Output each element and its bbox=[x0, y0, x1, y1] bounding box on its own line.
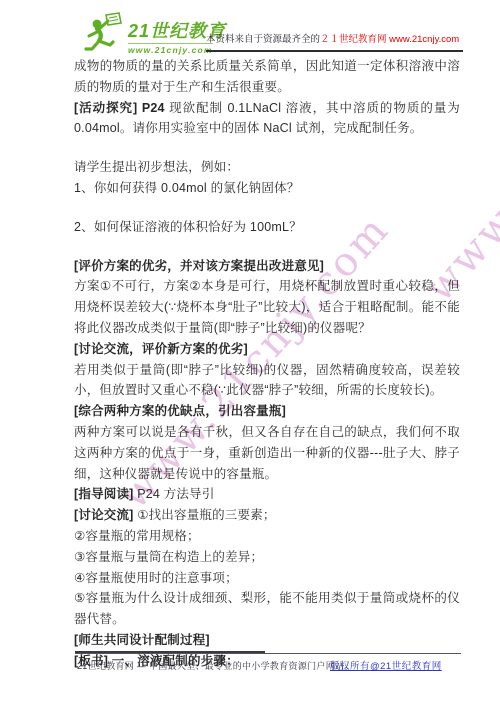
paragraph-text: ②容量瓶的常用规格； bbox=[74, 529, 200, 543]
section-heading: [综合两种方案的优缺点，引出容量瓶] bbox=[74, 401, 460, 422]
footer-copyright-link[interactable]: 版权所有@21世纪教育网 bbox=[330, 658, 442, 672]
section-heading: [指导阅读] P24 方法导引 bbox=[74, 484, 460, 505]
footer-site-description: 21世纪教育网 — 中国最大型、最专业的中小学教育资源门户网站。 bbox=[77, 659, 354, 672]
footer-divider-thin bbox=[75, 653, 461, 654]
paragraph: 两种方案可以说是各有千秋，但又各自存在自己的缺点，我们何不取这两种方案的优点于一… bbox=[74, 422, 460, 484]
section-heading: [师生共同设计配制过程] bbox=[74, 630, 460, 651]
paragraph-heading: [讨论交流] bbox=[74, 508, 134, 522]
header-notice-site: ２１世纪教育网 www.21cnjy.com bbox=[320, 34, 459, 45]
paragraph-heading: [活动探究] P24 bbox=[74, 101, 165, 115]
paragraph-heading: [讨论交流，评价新方案的优劣] bbox=[74, 342, 248, 356]
paragraph-text: P24 方法导引 bbox=[134, 487, 215, 501]
paragraph-heading: [综合两种方案的优缺点，引出容量瓶] bbox=[74, 404, 286, 418]
paragraph-heading: [评价方案的优劣，并对该方案提出改进意见] bbox=[74, 259, 324, 273]
paragraph-text: 方案①不可行，方案②本身是可行，用烧杯配制放置时重心较稳，但用烧杯误差较大(∵烧… bbox=[74, 279, 460, 335]
paragraph-heading: [师生共同设计配制过程] bbox=[74, 633, 210, 647]
logo-site-url: www.21cnjy.com bbox=[128, 43, 213, 55]
runner-icon bbox=[84, 12, 130, 58]
footer-divider bbox=[75, 651, 461, 655]
paragraph-text: 2、如何保证溶液的体积恰好为 100mL？ bbox=[74, 220, 302, 234]
paragraph-text: 1、你如何获得 0.04mol 的氯化钠固体？ bbox=[74, 181, 299, 195]
list-item: ⑤容量瓶为什么设计成细颈、梨形，能不能用类似于量筒或烧杯的仪器代替。 bbox=[74, 588, 460, 630]
header-notice: 本资料来自于资源最齐全的２１世纪教育网 www.21cnjy.com bbox=[206, 33, 463, 52]
paragraph-text: ①找出容量瓶的三要素； bbox=[134, 508, 276, 522]
paragraph: 成物的物质的量的关系比质量关系简单，因此知道一定体积溶液中溶质的物质的量对于生产… bbox=[74, 56, 460, 98]
paragraph-heading: [指导阅读] bbox=[74, 487, 134, 501]
section-heading: [评价方案的优劣，并对该方案提出改进意见] bbox=[74, 256, 460, 277]
paragraph-text: 若用类似于量筒(即“脖子”比较细)的仪器，固然精确度较高，误差较小，但放置时又重… bbox=[74, 363, 460, 398]
document-body: 成物的物质的量的关系比质量关系简单，因此知道一定体积溶液中溶质的物质的量对于生产… bbox=[74, 56, 460, 672]
paragraph-text: 两种方案可以说是各有千秋，但又各自存在自己的缺点，我们何不取这两种方案的优点于一… bbox=[74, 425, 460, 481]
paragraph-text: 请学生提出初步想法，例如： bbox=[74, 160, 239, 174]
paragraph: [活动探究] P24 现欲配制 0.1LNaCl 溶液，其中溶质的物质的量为 0… bbox=[74, 98, 460, 140]
question-item: 2、如何保证溶液的体积恰好为 100mL？ bbox=[74, 217, 460, 238]
paragraph: 请学生提出初步想法，例如： bbox=[74, 157, 460, 178]
header-notice-text: 本资料来自于资源最齐全的 bbox=[206, 34, 320, 45]
section-heading: [讨论交流，评价新方案的优劣] bbox=[74, 339, 460, 360]
paragraph-text: ③容量瓶与量筒在构造上的差异； bbox=[74, 550, 263, 564]
paragraph-text: 成物的物质的量的关系比质量关系简单，因此知道一定体积溶液中溶质的物质的量对于生产… bbox=[74, 59, 460, 94]
paragraph-text: ⑤容量瓶为什么设计成细颈、梨形，能不能用类似于量筒或烧杯的仪器代替。 bbox=[74, 591, 460, 626]
document-page: 21世纪教育 www.21cnjy.com 本资料来自于资源最齐全的２１世纪教育… bbox=[0, 0, 500, 707]
paragraph: 方案①不可行，方案②本身是可行，用烧杯配制放置时重心较稳，但用烧杯误差较大(∵烧… bbox=[74, 276, 460, 338]
section-heading: [讨论交流] ①找出容量瓶的三要素； bbox=[74, 505, 460, 526]
list-item: ③容量瓶与量筒在构造上的差异； bbox=[74, 547, 460, 568]
paragraph: 若用类似于量筒(即“脖子”比较细)的仪器，固然精确度较高，误差较小，但放置时又重… bbox=[74, 360, 460, 402]
question-item: 1、你如何获得 0.04mol 的氯化钠固体？ bbox=[74, 178, 460, 199]
list-item: ②容量瓶的常用规格； bbox=[74, 526, 460, 547]
list-item: ④容量瓶使用时的注意事项； bbox=[74, 568, 460, 589]
paragraph-text: ④容量瓶使用时的注意事项； bbox=[74, 571, 238, 585]
